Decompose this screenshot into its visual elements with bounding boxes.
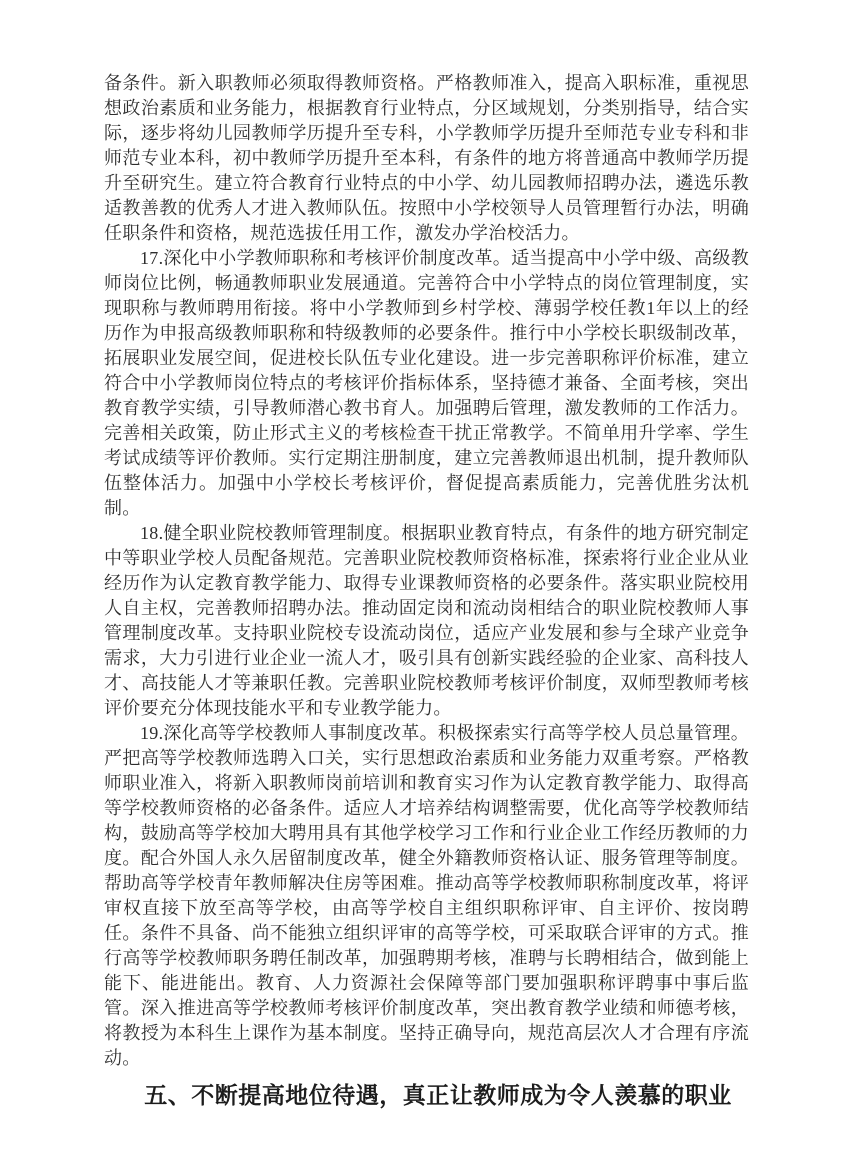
document-page: 备条件。新入职教师必须取得教师资格。严格教师准入，提高入职标准，重视思想政治素质… <box>0 0 850 1160</box>
body-paragraph-item-17: 17.深化中小学教师职称和考核评价制度改革。适当提高中小学中级、高级教师岗位比例… <box>104 246 749 521</box>
body-paragraph-item-18: 18.健全职业院校教师管理制度。根据职业教育特点，有条件的地方研究制定中等职业学… <box>104 521 749 721</box>
body-paragraph-item-19: 19.深化高等学校教师人事制度改革。积极探索实行高等学校人员总量管理。严把高等学… <box>104 721 749 1071</box>
document-text-block: 备条件。新入职教师必须取得教师资格。严格教师准入，提高入职标准，重视思想政治素质… <box>104 71 749 1111</box>
section-heading: 五、不断提高地位待遇，真正让教师成为令人羡慕的职业 <box>104 1080 749 1111</box>
body-paragraph-continuation: 备条件。新入职教师必须取得教师资格。严格教师准入，提高入职标准，重视思想政治素质… <box>104 71 749 246</box>
